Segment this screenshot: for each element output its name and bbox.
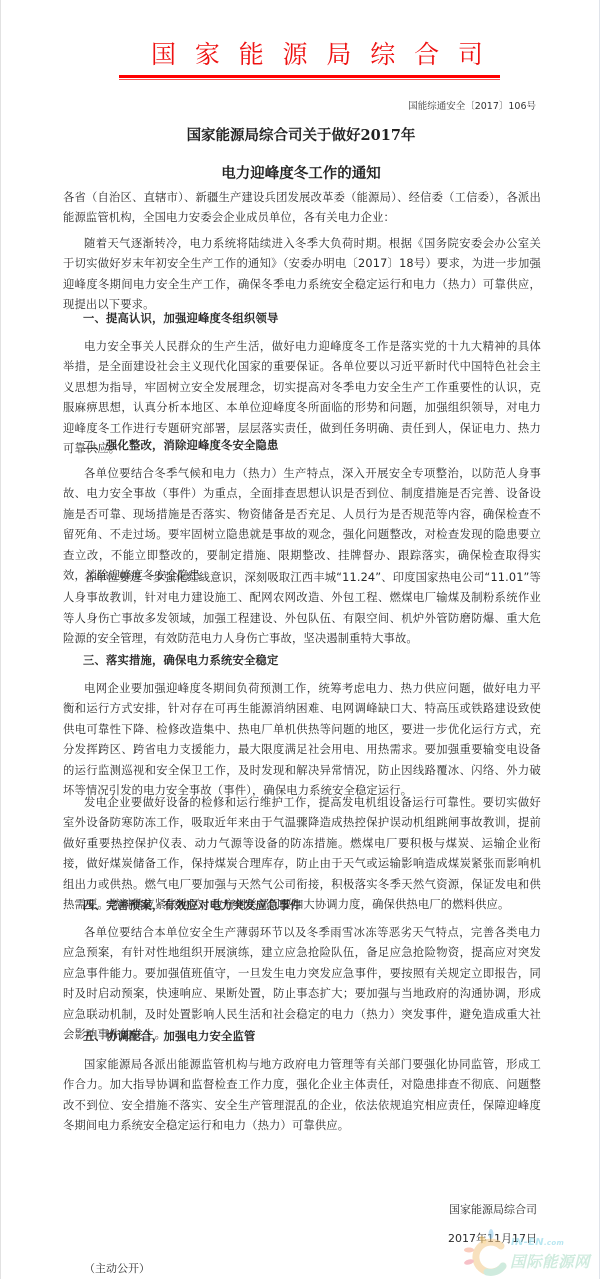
- masthead-rule-thick: [119, 75, 500, 78]
- signature-organization: 国家能源局综合司: [449, 1202, 537, 1218]
- section-heading-4: 四、完善预案，有效应对电力突发应急事件: [83, 896, 301, 916]
- masthead-char: 源: [283, 40, 308, 70]
- watermark-name: 国际能源网: [510, 1250, 590, 1272]
- masthead-rule-thin: [119, 79, 500, 80]
- masthead: 国 家 能 源 局 综 合 司: [151, 40, 483, 70]
- masthead-char: 家: [195, 40, 220, 70]
- watermark-brand-suffix: .com: [544, 1239, 564, 1247]
- masthead-char: 国: [151, 40, 176, 70]
- signature-date: 2017年11月17日: [448, 1231, 537, 1247]
- section-2-paragraph-2: 各单位要进一步强化红线意识，深刻吸取江西丰城“11.24”、印度国家热电公司“1…: [63, 568, 541, 650]
- masthead-char: 局: [326, 40, 351, 70]
- document-page: 国 家 能 源 局 综 合 司 国能综通安全〔2017〕106号 国家能源局综合…: [0, 0, 600, 1279]
- document-number: 国能综通安全〔2017〕106号: [408, 99, 536, 115]
- section-heading-1: 一、提高认识，加强迎峰度冬组织领导: [83, 309, 278, 329]
- document-title-line-1: 国家能源局综合司关于做好2017年: [1, 124, 600, 145]
- masthead-char: 能: [239, 40, 264, 70]
- masthead-char: 合: [414, 40, 439, 70]
- masthead-char: 司: [458, 40, 483, 70]
- document-title-line-2: 电力迎峰度冬工作的通知: [1, 162, 600, 183]
- disclosure-note: （主动公开）: [84, 1261, 150, 1277]
- masthead-char: 综: [370, 40, 395, 70]
- addressees: 各省（自治区、直辖市）、新疆生产建设兵团发展改革委（能源局）、经信委（工信委），…: [63, 188, 541, 229]
- section-heading-5: 五、协调配合，加强电力安全监管: [83, 1027, 255, 1047]
- intro-paragraph: 随着天气逐渐转冷，电力系统将陆续进入冬季大负荷时期。根据《国务院安委会办公室关于…: [63, 234, 541, 316]
- section-3-paragraph-1: 电网企业要加强迎峰度冬期间负荷预测工作，统筹考虑电力、热力供应问题，做好电力平衡…: [63, 679, 541, 801]
- section-5-paragraph-1: 国家能源局各派出能源监管机构与地方政府电力管理等有关部门要强化协同监管，形成工作…: [63, 1055, 541, 1137]
- section-heading-2: 二、强化整改，消除迎峰度冬安全隐患: [83, 436, 278, 456]
- section-heading-3: 三、落实措施，确保电力系统安全稳定: [83, 651, 278, 671]
